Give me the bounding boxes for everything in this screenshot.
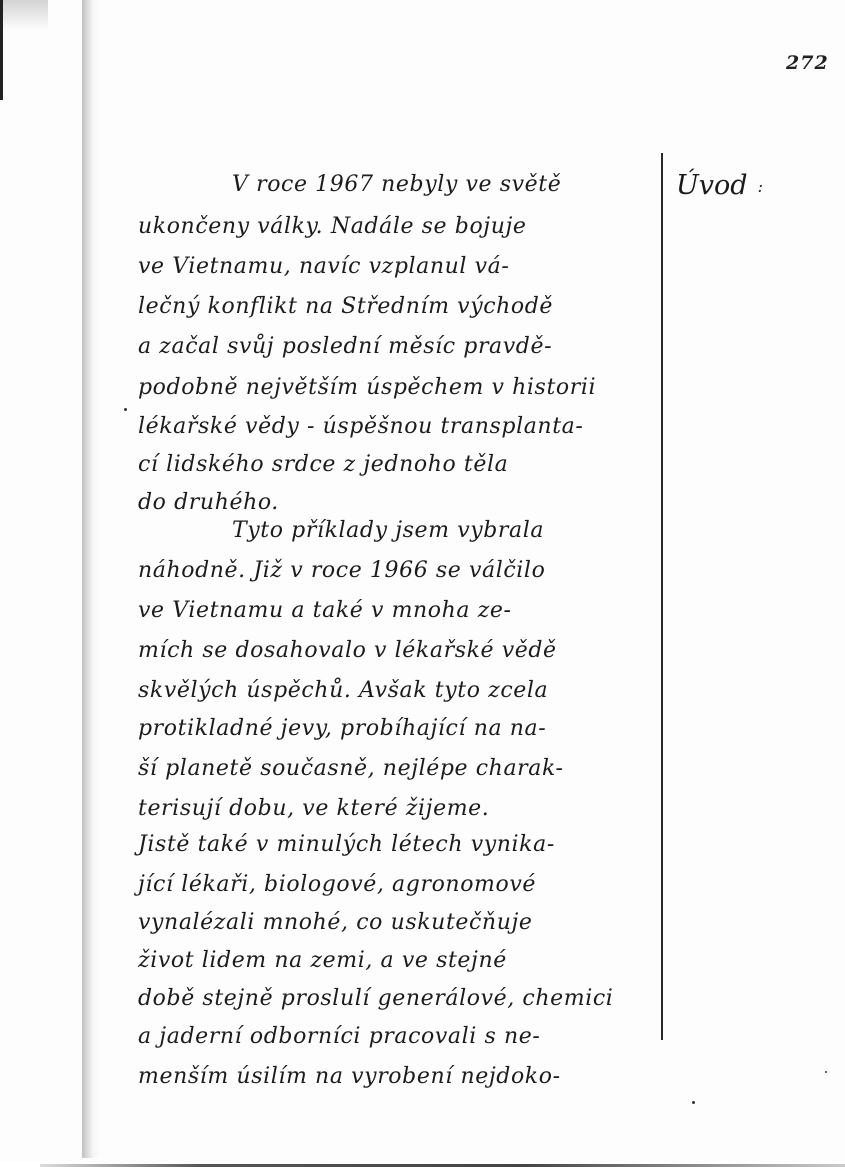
text-line: mích se dosahovalo v lékařské vědě: [138, 636, 658, 666]
scan-speck: [825, 1071, 827, 1073]
margin-heading-colon: :: [758, 177, 763, 196]
text-line: Tyto příklady jsem vybrala: [232, 516, 752, 546]
text-line: skvělých úspěchů. Avšak tyto zcela: [138, 676, 658, 706]
text-line: jící lékaři, biologové, agronomové: [138, 870, 658, 900]
text-line: a začal svůj poslední měsíc pravdě-: [138, 332, 658, 362]
scan-speck: [692, 1101, 695, 1104]
margin-rule: [661, 153, 663, 1040]
text-line: život lidem na zemi, a ve stejné: [138, 946, 658, 976]
text-line: lečný konflikt na Středním východě: [138, 292, 658, 322]
text-line: menším úsilím na vyrobení nejdoko-: [138, 1062, 658, 1092]
text-line: ve Vietnamu a také v mnoha ze-: [138, 596, 658, 626]
text-line: V roce 1967 nebyly ve světě: [232, 170, 752, 200]
scan-edge-bottom: [40, 1164, 845, 1167]
text-line: cí lidského srdce z jednoho těla: [138, 450, 658, 480]
scan-speck: [124, 408, 127, 411]
text-line: podobně největším úspěchem v historii: [138, 373, 658, 403]
text-line: lékařské vědy - úspěšnou transplanta-: [138, 412, 658, 442]
text-line: do druhého.: [138, 488, 658, 518]
text-line: terisují dobu, ve které žijeme.: [138, 794, 658, 824]
page-number: 272: [786, 52, 829, 74]
scan-shadow-left: [82, 0, 100, 1158]
text-line: ve Vietnamu, navíc vzplanul vá-: [138, 252, 658, 282]
text-line: Jistě také v minulých létech vynika-: [138, 830, 658, 860]
scan-shadow-top: [3, 0, 48, 30]
text-line: a jaderní odborníci pracovali s ne-: [138, 1022, 658, 1052]
text-line: ukončeny války. Nadále se bojuje: [138, 212, 658, 242]
text-line: vynalézali mnohé, co uskutečňuje: [138, 908, 658, 938]
scanned-page: 272 Úvod: V roce 1967 nebyly ve světě uk…: [0, 0, 845, 1162]
text-line: ší planetě současně, nejlépe charak-: [138, 754, 658, 784]
text-line: době stejně proslulí generálové, chemici: [138, 984, 658, 1014]
text-line: náhodně. Již v roce 1966 se válčilo: [138, 556, 658, 586]
text-line: protikladné jevy, probíhající na na-: [138, 714, 658, 744]
